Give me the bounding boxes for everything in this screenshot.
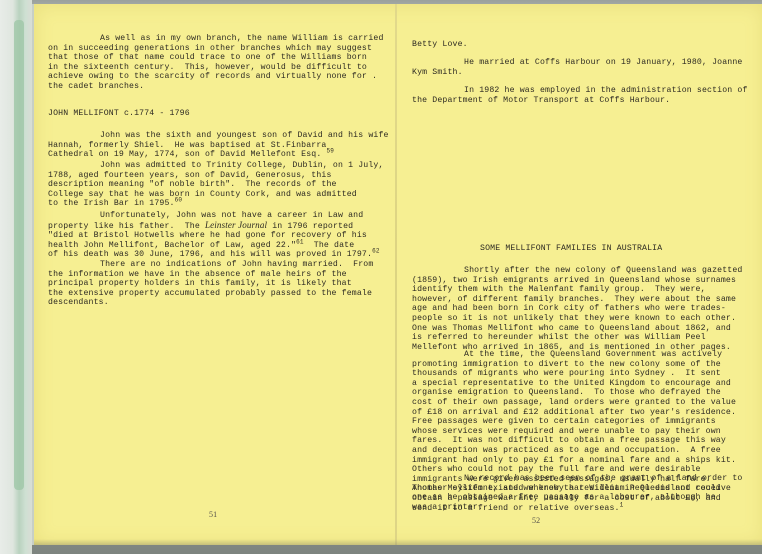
text-line: to the Irish Bar in 1795.60	[48, 199, 384, 209]
text-line: in the sixteenth century. This, however,…	[48, 63, 384, 73]
text-line: organise emigration to Queensland. To th…	[412, 388, 736, 398]
text-line: however, of different family branches. T…	[412, 295, 742, 305]
book-spine	[395, 4, 397, 545]
paragraph-john-birth: John was the sixth and youngest son of D…	[48, 131, 389, 160]
text-line: the information we have in the absence o…	[48, 270, 373, 280]
paragraph-marriage: He married at Coffs Harbour on 19 Januar…	[412, 58, 742, 77]
text: property like his father. The	[48, 222, 205, 231]
section-heading-mellifont-australia: SOME MELLIFONT FAMILIES IN AUSTRALIA	[480, 244, 662, 254]
text-line: immigrant had only to pay £1 for a nomin…	[412, 456, 736, 466]
text-line: One was Thomas Mellifont who came to Que…	[412, 324, 742, 334]
text-line: principal property holders in this famil…	[48, 279, 373, 289]
text-line: Betty Love.	[412, 40, 468, 50]
text-line: Thomas Mellifont, and we know that Willi…	[412, 484, 742, 494]
text-line: of his death was 30 June, 1796, and his …	[48, 250, 380, 260]
paragraph-john-career: Unfortunately, John was not have a caree…	[48, 211, 380, 260]
text-line: a special representative to the United K…	[412, 379, 736, 389]
left-page: As well as in my own branch, the name Wi…	[48, 4, 386, 545]
text: health John Mellifont, Bachelor of Law, …	[48, 241, 296, 250]
text-line: that those of that name could trace to o…	[48, 53, 384, 63]
text-line: No record has been seen of the grant of …	[412, 474, 742, 484]
text: The date	[304, 241, 355, 250]
text-line: property like his father. The Leinster J…	[48, 221, 380, 232]
text: of his death was 30 June, 1796, and his …	[48, 250, 372, 259]
text-line: Free passages were given to certain cate…	[412, 417, 736, 427]
text-line: is referred to hereunder whilst the othe…	[412, 333, 742, 343]
text-line: John was the sixth and youngest son of D…	[48, 131, 389, 141]
page-number: 52	[532, 516, 540, 526]
paragraph-william-branches: As well as in my own branch, the name Wi…	[48, 34, 384, 92]
text-line: He married at Coffs Harbour on 19 Januar…	[412, 58, 742, 68]
text: Cathedral on 19 May, 1774, son of David …	[48, 150, 321, 159]
text-line: 1788, aged fourteen years, son of David,…	[48, 171, 384, 181]
text-line: was a printer.	[412, 503, 742, 513]
right-page: Betty Love. He married at Coffs Harbour …	[412, 4, 752, 545]
cover-edge	[14, 20, 24, 490]
footnote-ref: 61	[296, 238, 304, 245]
text-line: the cadet branches.	[48, 82, 384, 92]
paragraph-employment: In 1982 he was employed in the administr…	[412, 86, 748, 105]
text: to the Irish Bar in 1795.	[48, 199, 175, 208]
section-heading-john-mellifont: JOHN MELLIFONT c.1774 - 1796	[48, 109, 190, 119]
text-line: John was admitted to Trinity College, Du…	[48, 161, 384, 171]
journal-title: Leinster Journal	[205, 220, 267, 230]
text-line: descendants.	[48, 298, 373, 308]
text-line: At the time, the Queensland Government w…	[412, 350, 736, 360]
paragraph-queensland-emigrants: Shortly after the new colony of Queensla…	[412, 266, 742, 352]
text-line: one as he obtained a free passage as a l…	[412, 493, 742, 503]
text-line: promoting immigration to divert to the n…	[412, 360, 736, 370]
text-line: achieve owing to the scarcity of records…	[48, 72, 384, 82]
text-line: of £18 on arrival and £12 additional aft…	[412, 408, 736, 418]
footnote-ref: 62	[372, 248, 380, 255]
book-spread: As well as in my own branch, the name Wi…	[32, 4, 762, 545]
text-line: on in succeeding generations in other br…	[48, 44, 384, 54]
text-line: In 1982 he was employed in the administr…	[412, 86, 748, 96]
text-line: identify them with the Malenfant family …	[412, 285, 742, 295]
text-line: (1859), two Irish emigrants arrived in Q…	[412, 276, 742, 286]
text-line: thousands of migrants who were pouring i…	[412, 369, 736, 379]
text-line: "died at Bristol Hotwells where he had g…	[48, 231, 380, 241]
paragraph-no-marriage: There are no indications of John having …	[48, 260, 373, 308]
text-line: As well as in my own branch, the name Wi…	[48, 34, 384, 44]
paragraph-betty-love: Betty Love.	[412, 40, 468, 50]
text-line: the Department of Motor Transport at Cof…	[412, 96, 748, 106]
paragraph-land-order: No record has been seen of the grant of …	[412, 474, 742, 512]
paragraph-trinity-college: John was admitted to Trinity College, Du…	[48, 161, 384, 209]
footnote-ref: 60	[175, 197, 183, 204]
text-line: health John Mellifont, Bachelor of Law, …	[48, 241, 380, 251]
footnote-ref: 59	[327, 147, 335, 154]
text: in 1796 reported	[267, 222, 353, 231]
text-line: description meaning "of noble birth". Th…	[48, 180, 384, 190]
text-line: and deception was practiced as to age an…	[412, 446, 736, 456]
text-line: Kym Smith.	[412, 68, 742, 78]
text-line: College say that he was born in County C…	[48, 190, 384, 200]
page-number: 51	[209, 510, 217, 520]
text-line: whose services were required and were un…	[412, 427, 736, 437]
text-line: fares. It was not difficult to obtain a …	[412, 436, 736, 446]
text-line: There are no indications of John having …	[48, 260, 373, 270]
text-line: the extensive property accumulated proba…	[48, 289, 373, 299]
text-line: Shortly after the new colony of Queensla…	[412, 266, 742, 276]
text-line: Cathedral on 19 May, 1774, son of David …	[48, 150, 389, 160]
text-line: people so it is not unlikely that they w…	[412, 314, 742, 324]
text-line: cost of their own passage, land orders w…	[412, 398, 736, 408]
text-line: age and had been born in Cork city of fa…	[412, 304, 742, 314]
text-line: Hannah, formerly Shiel. He was baptised …	[48, 141, 389, 151]
